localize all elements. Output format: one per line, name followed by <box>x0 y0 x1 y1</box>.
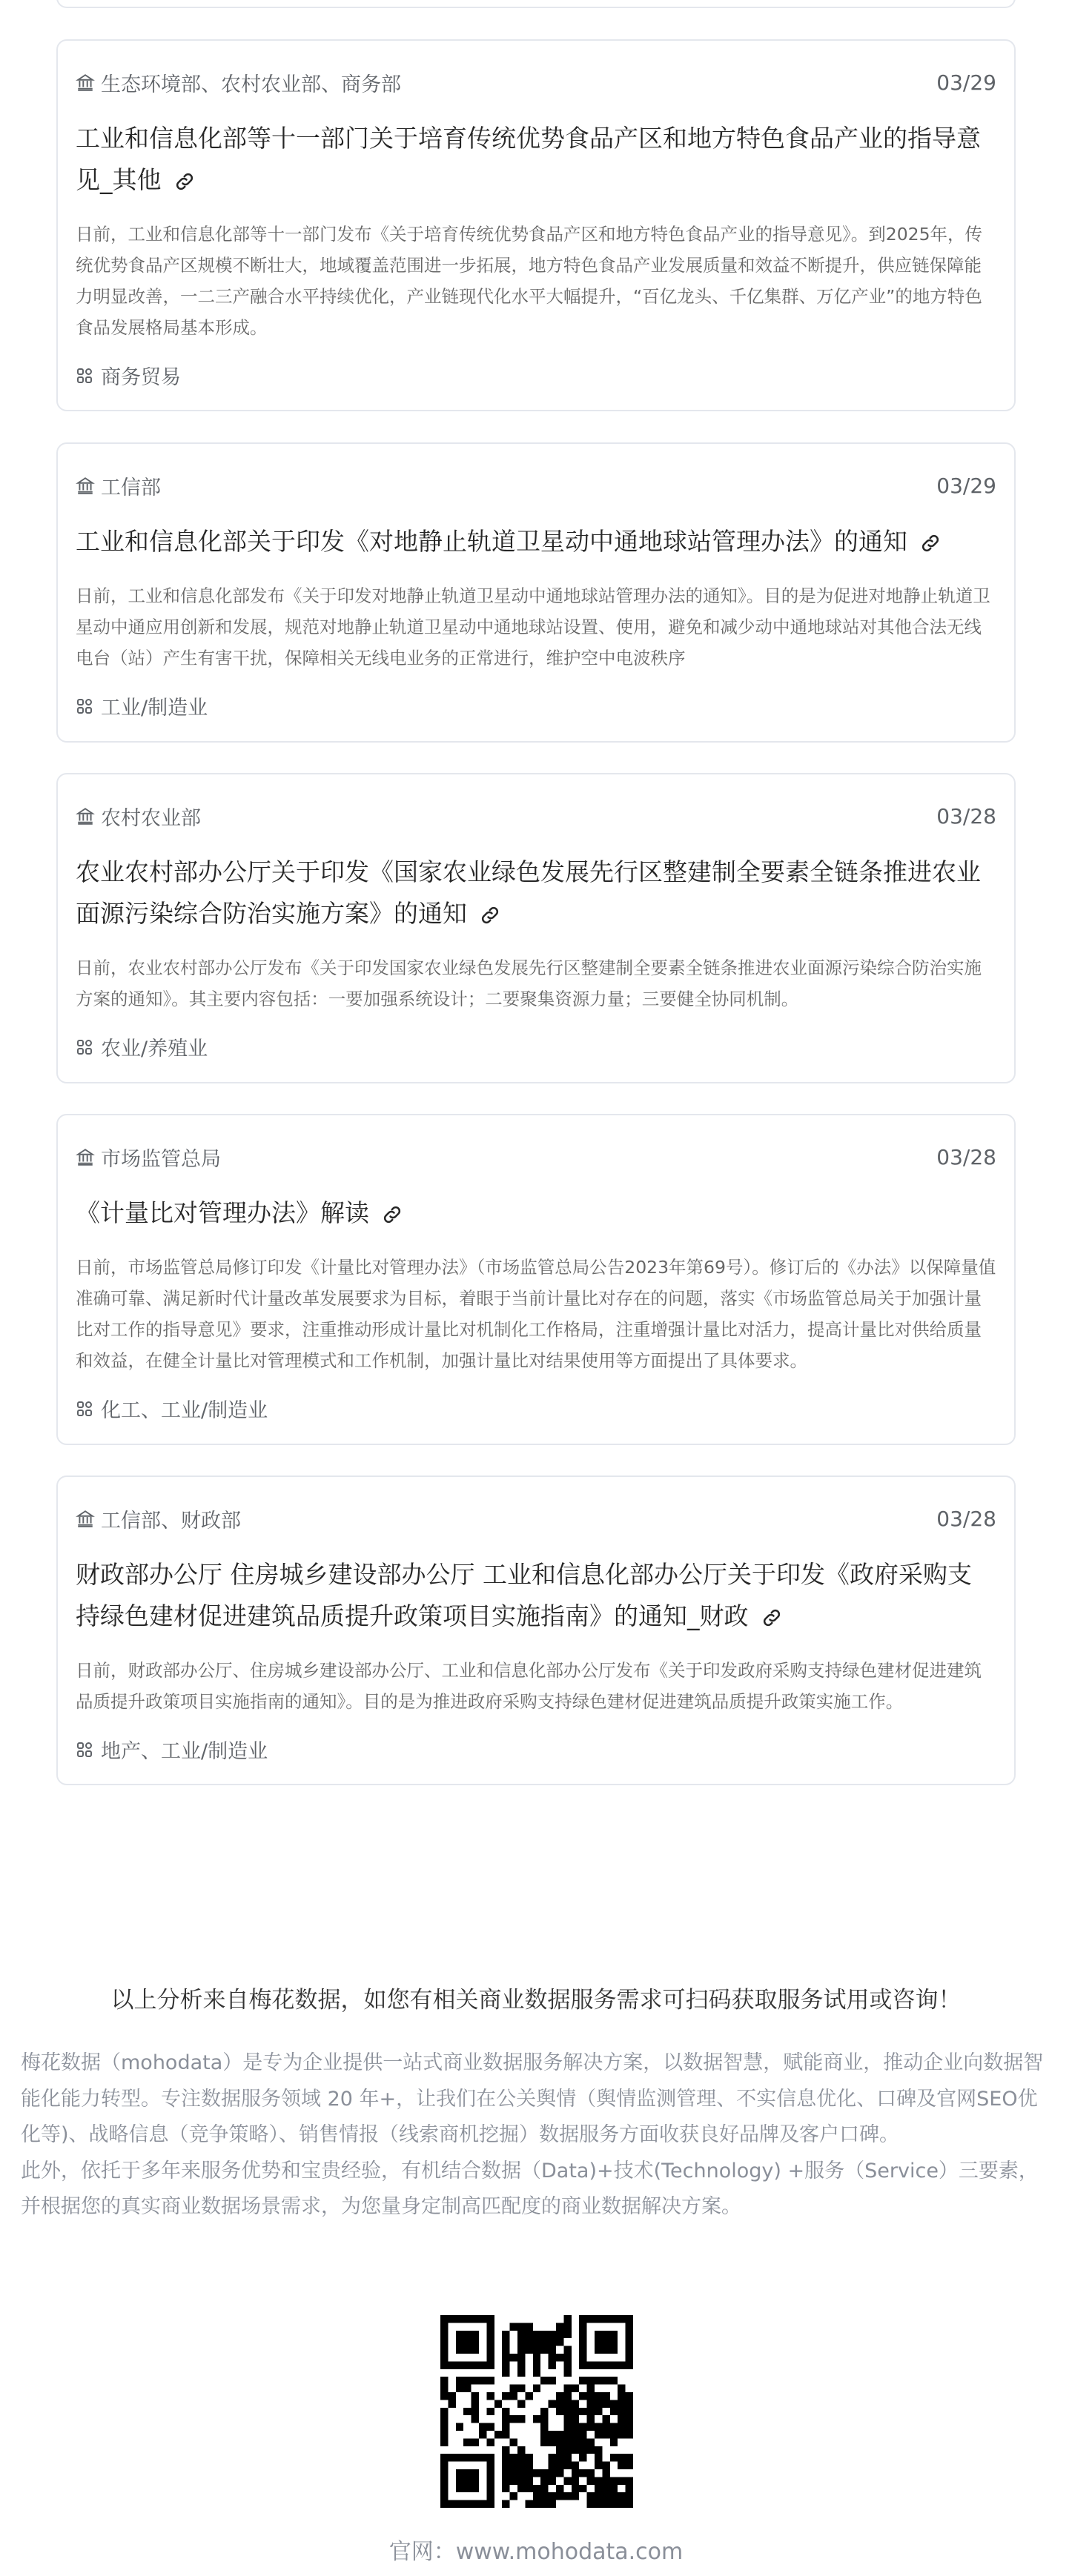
department-label: 工信部、财政部 <box>101 1504 241 1533</box>
link-icon[interactable] <box>173 170 196 193</box>
news-card: 市场监管总局 03/28 《计量比对管理办法》解读 日前，市场监管总局修订印发《… <box>56 1114 1016 1445</box>
article-summary: 日前，财政部办公厅、住房城乡建设部办公厅、工业和信息化部办公厅发布《关于印发政府… <box>76 1655 996 1717</box>
industry-tags-label: 工业/制造业 <box>101 691 208 720</box>
department: 生态环境部、农村农业部、商务部 <box>76 68 401 97</box>
qr-code[interactable] <box>440 2315 633 2508</box>
article-title-text[interactable]: 工业和信息化部等十一部门关于培育传统优势食品产区和地方特色食品产业的指导意见_其… <box>76 124 981 194</box>
department: 农村农业部 <box>76 802 201 831</box>
department: 市场监管总局 <box>76 1143 221 1172</box>
company-intro-paragraph: 此外，依托于多年来服务优势和宝贵经验，有机结合数据（Data)+技术(Techn… <box>21 2154 1053 2225</box>
card-meta: 工信部、财政部 03/28 <box>76 1504 996 1533</box>
card-meta: 生态环境部、农村农业部、商务部 03/29 <box>76 67 996 97</box>
website-url[interactable]: 官网：www.mohodata.com <box>0 2533 1072 2566</box>
bank-building-icon <box>76 806 95 826</box>
publish-date: 03/28 <box>936 1145 996 1169</box>
article-title[interactable]: 工业和信息化部等十一部门关于培育传统优势食品产区和地方特色食品产业的指导意见_其… <box>76 118 996 201</box>
category-grid-icon <box>76 697 93 715</box>
card-meta: 市场监管总局 03/28 <box>76 1142 996 1172</box>
department-label: 生态环境部、农村农业部、商务部 <box>101 68 401 97</box>
industry-tags: 地产、工业/制造业 <box>76 1735 996 1764</box>
article-title-text[interactable]: 农业农村部办公厅关于印发《国家农业绿色发展先行区整建制全要素全链条推进农业面源污… <box>76 857 981 928</box>
previous-card-bottom-edge <box>56 0 1016 8</box>
card-meta: 农村农业部 03/28 <box>76 801 996 831</box>
article-title-text[interactable]: 工业和信息化部关于印发《对地静止轨道卫星动中通地球站管理办法》的通知 <box>76 527 907 556</box>
article-title-text[interactable]: 财政部办公厅 住房城乡建设部办公厅 工业和信息化部办公厅关于印发《政府采购支持绿… <box>76 1560 972 1630</box>
news-card: 工信部 03/29 工业和信息化部关于印发《对地静止轨道卫星动中通地球站管理办法… <box>56 442 1016 743</box>
department-label: 市场监管总局 <box>101 1143 221 1172</box>
industry-tags: 工业/制造业 <box>76 691 996 720</box>
article-summary: 日前，工业和信息化部发布《关于印发对地静止轨道卫星动中通地球站管理办法的通知》。… <box>76 580 996 674</box>
news-card: 工信部、财政部 03/28 财政部办公厅 住房城乡建设部办公厅 工业和信息化部办… <box>56 1475 1016 1785</box>
department-label: 农村农业部 <box>101 802 201 831</box>
category-grid-icon <box>76 1741 93 1759</box>
article-title[interactable]: 财政部办公厅 住房城乡建设部办公厅 工业和信息化部办公厅关于印发《政府采购支持绿… <box>76 1554 996 1637</box>
bank-building-icon <box>76 73 95 92</box>
department: 工信部 <box>76 471 161 500</box>
publish-date: 03/29 <box>936 70 996 95</box>
bank-building-icon <box>76 476 95 495</box>
publish-date: 03/29 <box>936 474 996 498</box>
category-grid-icon <box>76 1038 93 1056</box>
industry-tags-label: 地产、工业/制造业 <box>101 1735 268 1764</box>
category-grid-icon <box>76 1400 93 1418</box>
company-intro: 梅花数据（mohodata）是专为企业提供一站式商业数据服务解决方案，以数据智慧… <box>21 2045 1053 2225</box>
article-summary: 日前，市场监管总局修订印发《计量比对管理办法》（市场监管总局公告2023年第69… <box>76 1252 996 1376</box>
bank-building-icon <box>76 1147 95 1166</box>
industry-tags-label: 化工、工业/制造业 <box>101 1394 268 1423</box>
link-icon[interactable] <box>919 532 942 554</box>
publish-date: 03/28 <box>936 804 996 829</box>
industry-tags-label: 商务贸易 <box>101 361 181 390</box>
link-icon[interactable] <box>381 1204 403 1226</box>
article-title[interactable]: 农业农村部办公厅关于印发《国家农业绿色发展先行区整建制全要素全链条推进农业面源污… <box>76 852 996 935</box>
article-title-text[interactable]: 《计量比对管理办法》解读 <box>76 1198 369 1227</box>
industry-tags: 农业/养殖业 <box>76 1032 996 1061</box>
publish-date: 03/28 <box>936 1507 996 1531</box>
footer-heading: 以上分析来自梅花数据，如您有相关商业数据服务需求可扫码获取服务试用或咨询！ <box>0 1981 1072 2014</box>
industry-tags-label: 农业/养殖业 <box>101 1032 208 1061</box>
article-summary: 日前，农业农村部办公厅发布《关于印发国家农业绿色发展先行区整建制全要素全链条推进… <box>76 952 996 1015</box>
industry-tags: 化工、工业/制造业 <box>76 1394 996 1423</box>
industry-tags: 商务贸易 <box>76 361 996 390</box>
article-summary: 日前，工业和信息化部等十一部门发布《关于培育传统优势食品产区和地方特色食品产业的… <box>76 219 996 343</box>
link-icon[interactable] <box>479 904 501 926</box>
company-intro-paragraph: 梅花数据（mohodata）是专为企业提供一站式商业数据服务解决方案，以数据智慧… <box>21 2045 1053 2154</box>
news-card: 生态环境部、农村农业部、商务部 03/29 工业和信息化部等十一部门关于培育传统… <box>56 39 1016 411</box>
link-icon[interactable] <box>761 1607 783 1629</box>
category-grid-icon <box>76 367 93 385</box>
article-title[interactable]: 工业和信息化部关于印发《对地静止轨道卫星动中通地球站管理办法》的通知 <box>76 521 996 562</box>
article-title[interactable]: 《计量比对管理办法》解读 <box>76 1192 996 1234</box>
news-card: 农村农业部 03/28 农业农村部办公厅关于印发《国家农业绿色发展先行区整建制全… <box>56 773 1016 1083</box>
bank-building-icon <box>76 1509 95 1528</box>
department-label: 工信部 <box>101 471 161 500</box>
card-meta: 工信部 03/29 <box>76 471 996 500</box>
department: 工信部、财政部 <box>76 1504 241 1533</box>
